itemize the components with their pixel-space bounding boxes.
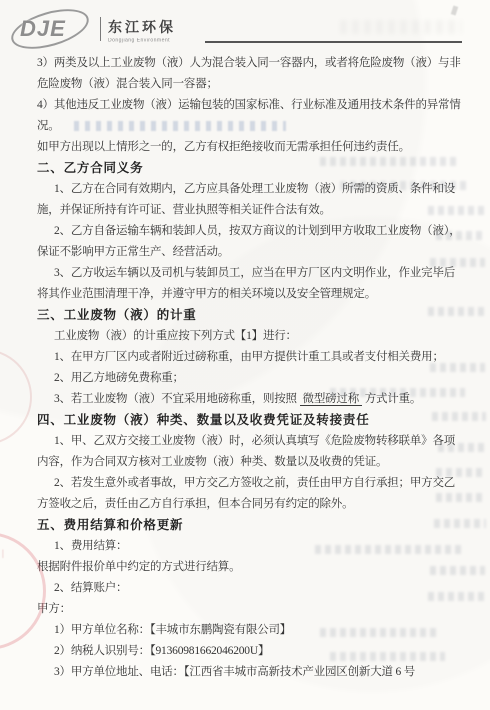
bleed-through-artifact [428,307,486,316]
bleed-through-artifact [430,566,485,575]
contract-line: 甲方： [37,599,467,620]
faint-stamp-artifact [74,121,286,131]
contract-line: 工业废物（液）的计重应按下列方式【1】进行： [37,326,467,347]
contract-line: 方签收之后，责任由乙方自行承担，但本合同另有约定的除外。 [37,494,467,515]
bleed-through-artifact [430,363,485,372]
contract-line: 2、用乙方地磅免费称重； [37,368,467,389]
bleed-through-artifact [428,592,486,601]
red-stamp-fragment-artifact: | [2,548,9,558]
contract-line: 1、在甲方厂区内或者附近过磅称重，由甲方提供计重工具或者支付相关费用； [37,347,467,368]
contract-line-text: 况。 [37,120,60,132]
bleed-through-artifact [330,652,445,661]
bleed-through-artifact [330,388,465,397]
contract-line: 4）其他违反工业废物（液）运输包装的国家标准、行业标准及通用技术条件的异常情 [37,95,467,116]
red-stamp-arc-artifact [0,349,32,445]
contract-line: 2、乙方自备运输车辆和装卸人员，按双方商议的计划到甲方收取工业废物（液）， [37,221,467,242]
bleed-through-artifact [320,628,440,637]
scanned-contract-page: DJE 东江环保 Dongjiang Environment 3）两类及以上工业… [0,0,490,710]
bleed-through-artifact [320,157,460,166]
brand-name-en: Dongjiang Environment [108,38,170,43]
contract-line: 根据附件报价单中约定的方式进行结算。 [37,557,467,578]
bleed-through-artifact [436,231,486,240]
bleed-through-artifact [428,206,486,215]
bleed-through-artifact [436,468,486,477]
contract-line: 将其作业范围清理干净，并遵守甲方的相关环境以及安全管理规定。 [37,284,467,305]
bleed-through-artifact [340,20,462,34]
contract-line: 施，并保证所持有许可证、营业执照等相关证件合法有效。 [37,200,467,221]
bleed-through-artifact [340,181,470,190]
bleed-through-artifact [436,493,486,502]
contract-line: 3、乙方收运车辆以及司机与装卸员工，应当在甲方厂区内文明作业，作业完毕后 [37,263,467,284]
brand-block: 东江环保 Dongjiang Environment [108,17,181,44]
header-rule [205,41,462,43]
bleed-through-artifact [438,443,486,452]
brand-name-cn: 东江环保 [108,17,181,37]
contract-line: 3）甲方单位地址、电话：【江西省丰城市高新技术产业园区创新大道 6 号 [37,662,467,683]
contract-line: 危险废物（液）混合装入同一容器； [37,74,467,95]
bleed-through-artifact [430,258,485,267]
contract-line: 1、甲、乙双方交接工业废物（液）时，必须认真填写《危险废物转移联单》各项 [37,431,467,452]
contract-line: 如甲方出现以上情形之一的，乙方有权拒绝接收而无需承担任何违约责任。 [37,137,467,158]
contract-line: 况。 [37,116,467,137]
logo-divider [100,17,101,41]
contract-line: 2、结算账户： [37,578,467,599]
section-heading-3: 三、工业废物（液）的计重 [37,305,467,326]
bleed-through-artifact [315,545,465,554]
scan-artifact [451,5,459,15]
weighing-prefix: 3、若工业废物（液）不宜采用地磅称重，则按照 [54,393,300,405]
contract-line: 保证不影响甲方正常生产、经营活动。 [37,242,467,263]
contract-line: 2、若发生意外或者事故，甲方交乙方签收之前，责任由甲方自行承担；甲方交乙 [37,473,467,494]
bleed-through-artifact [434,519,486,528]
contract-line: 3）两类及以上工业废物（液）人为混合装入同一容器内，或者将危险废物（液）与非 [37,53,467,74]
contract-body: 3）两类及以上工业废物（液）人为混合装入同一容器内，或者将危险废物（液）与非 危… [37,53,467,683]
section-heading-5: 五、费用结算和价格更新 [37,515,467,536]
section-heading-4: 四、工业废物（液）种类、数量以及收费凭证及转接责任 [37,410,467,431]
contract-line: 内容，作为合同双方核对工业废物（液）种类、数量以及收费的凭证。 [37,452,467,473]
logo-letters: DJE [20,16,66,42]
bleed-through-artifact [432,412,486,421]
company-logo: DJE 东江环保 Dongjiang Environment [8,8,208,50]
